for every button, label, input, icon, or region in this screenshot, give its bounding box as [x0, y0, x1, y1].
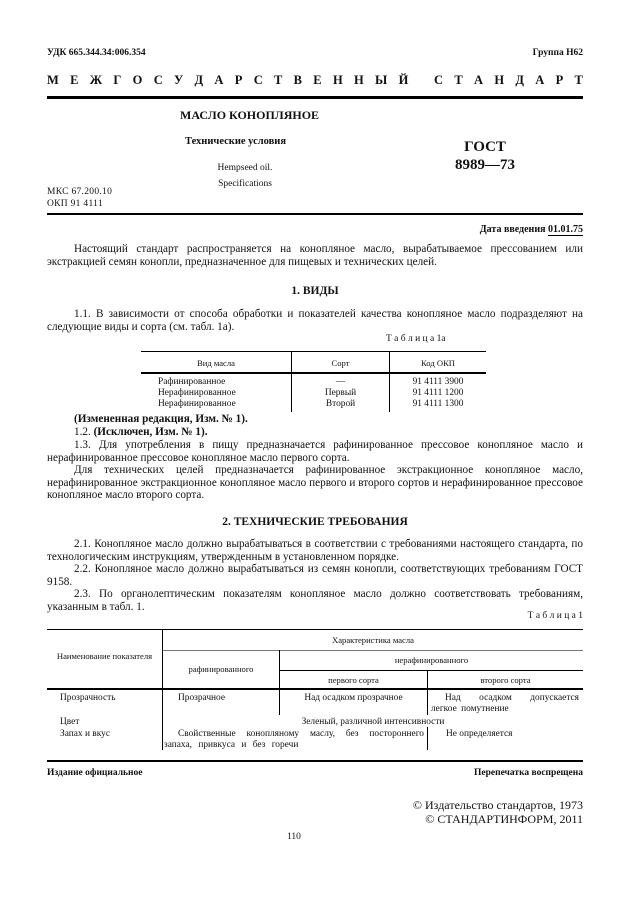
gost-label: ГОСТ	[430, 138, 540, 156]
paragraph-1-2: 1.2. (Исключен, Изм. № 1).	[74, 426, 208, 439]
amended-note: (Измененная редакция, Изм. № 1).	[74, 413, 248, 426]
banner-letter: Д	[195, 73, 204, 88]
copyright-2011: © СТАНДАРТИНФОРМ, 2011	[413, 812, 583, 826]
gost-designation: ГОСТ 8989—73	[430, 138, 540, 174]
table-1-unrefined-rule	[279, 670, 583, 671]
copyright-block: © Издательство стандартов, 1973 © СТАНДА…	[413, 798, 583, 826]
banner-letter: Т	[274, 73, 282, 88]
table-1-header-second-grade: второго сорта	[428, 675, 583, 685]
effective-date: Дата введения 01.01.75	[480, 224, 583, 235]
banner-letter: С	[154, 73, 163, 88]
table-1-cell-merged: Зеленый, различной интенсивности	[163, 717, 583, 728]
paragraph-1-2-text: (Исключен, Изм. № 1).	[94, 426, 208, 438]
paragraph-2-2: 2.2. Конопляное масло должно вырабатыват…	[47, 563, 583, 588]
banner-letter: Ж	[90, 73, 102, 88]
table-1-row-name: Прозрачность	[60, 693, 116, 704]
official-edition: Издание официальное	[47, 768, 143, 778]
banner-letter: Т	[575, 73, 583, 88]
table-1-header-rule	[47, 688, 583, 690]
banner-letter: Н	[333, 73, 343, 88]
table-1-col-divider	[427, 727, 428, 750]
english-title-line2: Specifications	[190, 176, 300, 192]
banner-letter: Д	[515, 73, 524, 88]
table-1a-header-okp: Код ОКП	[390, 358, 486, 368]
table-1-group-rule	[162, 650, 583, 651]
banner-letter: А	[535, 73, 544, 88]
table-1-cell: Над осадком прозрачное	[280, 693, 427, 704]
table-1a-row: Рафинированное Нерафинированное Нерафини…	[158, 377, 236, 410]
document-subtitle: Технические условия	[185, 136, 286, 147]
table-1a-cell: Второй	[292, 399, 389, 410]
table-1a-cell: 91 4111 3900	[390, 377, 486, 388]
table-1-row-name: Цвет	[60, 717, 79, 728]
table-1a-cell: Первый	[292, 388, 389, 399]
paragraph-1-3: 1.3. Для употребления в пищу предназнача…	[47, 439, 583, 464]
table-1-top-rule	[47, 629, 583, 630]
okp-code: ОКП 91 4111	[47, 198, 112, 210]
section-2-heading: 2. ТЕХНИЧЕСКИЕ ТРЕБОВАНИЯ	[47, 516, 583, 528]
banner-letter: В	[294, 73, 302, 88]
table-1-cell: Прозрачное	[178, 693, 225, 704]
table-1a-okp-column: 91 4111 3900 91 4111 1200 91 4111 1300	[390, 377, 486, 410]
banner-letter: У	[174, 73, 183, 88]
table-1-header-first-grade: первого сорта	[280, 675, 427, 685]
paragraph-2-3: 2.3. По органолептическим показателям ко…	[47, 588, 583, 613]
top-thick-rule	[47, 96, 583, 99]
effective-date-label: Дата введения	[480, 224, 546, 235]
banner-letter: Р	[556, 73, 564, 88]
paragraph-1-3-technical: Для технических целей предназначается ра…	[47, 464, 583, 502]
banner-letter: А	[474, 73, 483, 88]
table-1a-cell: Нерафинированное	[158, 399, 236, 410]
classification-codes: МКС 67.200.10 ОКП 91 4111	[47, 186, 112, 210]
effective-date-value: 01.01.75	[548, 224, 583, 236]
paragraph-2-1: 2.1. Конопляное масло должно вырабатыват…	[47, 538, 583, 563]
banner-letter: А	[214, 73, 223, 88]
section-1-heading: 1. ВИДЫ	[47, 285, 583, 297]
footer-rule	[47, 760, 583, 762]
paragraph-1-2-number: 1.2.	[74, 426, 91, 438]
table-1a-cell: —	[292, 377, 389, 388]
banner-letter: О	[133, 73, 143, 88]
banner-letter: Т	[454, 73, 462, 88]
banner-letter: С	[434, 73, 443, 88]
group-code: Группа Н62	[533, 48, 583, 58]
table-1-cell: Не определяется	[446, 729, 512, 740]
banner-letter: Е	[313, 73, 321, 88]
table-1-caption: Т а б л и ц а 1	[528, 611, 583, 621]
document-title: МАСЛО КОНОПЛЯНОЕ	[180, 108, 319, 123]
paragraph-1-1: 1.1. В зависимости от способа обработки …	[47, 308, 583, 333]
table-1a-cell: 91 4111 1200	[390, 388, 486, 399]
table-1a-header-rule	[141, 372, 486, 374]
banner-letter: М	[47, 73, 59, 88]
table-1-header-group: Характеристика масла	[163, 635, 583, 645]
standard-type-banner: МЕЖГОСУДАРСТВЕННЫЙ СТАНДАРТ	[47, 73, 583, 88]
table-1a-cell: Нерафинированное	[158, 388, 236, 399]
table-1a-cell: 91 4111 1300	[390, 399, 486, 410]
table-1a-cell: Рафинированное	[158, 377, 236, 388]
mks-code: МКС 67.200.10	[47, 186, 112, 198]
banner-letter	[420, 73, 423, 88]
table-1-cell: Свойственные конопляному маслу, без пост…	[164, 729, 424, 751]
table-1a-header-type: Вид масла	[141, 358, 291, 368]
table-1-row-name: Запах и вкус	[60, 729, 110, 740]
banner-letter: Г	[113, 73, 121, 88]
reprint-prohibited: Перепечатка воспрещена	[474, 768, 583, 778]
copyright-1973: © Издательство стандартов, 1973	[413, 798, 583, 812]
gost-number: 8989—73	[430, 156, 540, 174]
banner-letter: Ы	[375, 73, 387, 88]
banner-letter: Р	[235, 73, 243, 88]
udk-code: УДК 665.344.34:006.354	[47, 48, 146, 58]
table-1-header-unrefined: нерафинированного	[280, 655, 583, 665]
banner-letter: Й	[399, 73, 409, 88]
table-1-header-refined: рафинированного	[163, 664, 279, 674]
page-number: 110	[287, 832, 301, 842]
banner-letter: Н	[494, 73, 504, 88]
table-1-cell: Над осадком допускается легкое помутнени…	[431, 693, 579, 715]
intro-paragraph: Настоящий стандарт распространяется на к…	[47, 243, 583, 268]
table-1a-caption: Т а б л и ц а 1а	[386, 334, 446, 344]
table-1-header-name: Наименование показателя	[47, 651, 162, 662]
table-1a-top-rule	[141, 351, 486, 352]
banner-letter: Н	[354, 73, 364, 88]
title-bottom-rule	[47, 213, 583, 215]
table-1a-header-grade: Сорт	[292, 358, 389, 368]
english-title: Hempseed oil. Specifications	[190, 160, 300, 192]
banner-letter: Е	[70, 73, 78, 88]
table-1-col-divider	[162, 629, 163, 750]
table-1a-grade-column: — Первый Второй	[292, 377, 389, 410]
banner-letter: С	[254, 73, 263, 88]
english-title-line1: Hempseed oil.	[190, 160, 300, 176]
